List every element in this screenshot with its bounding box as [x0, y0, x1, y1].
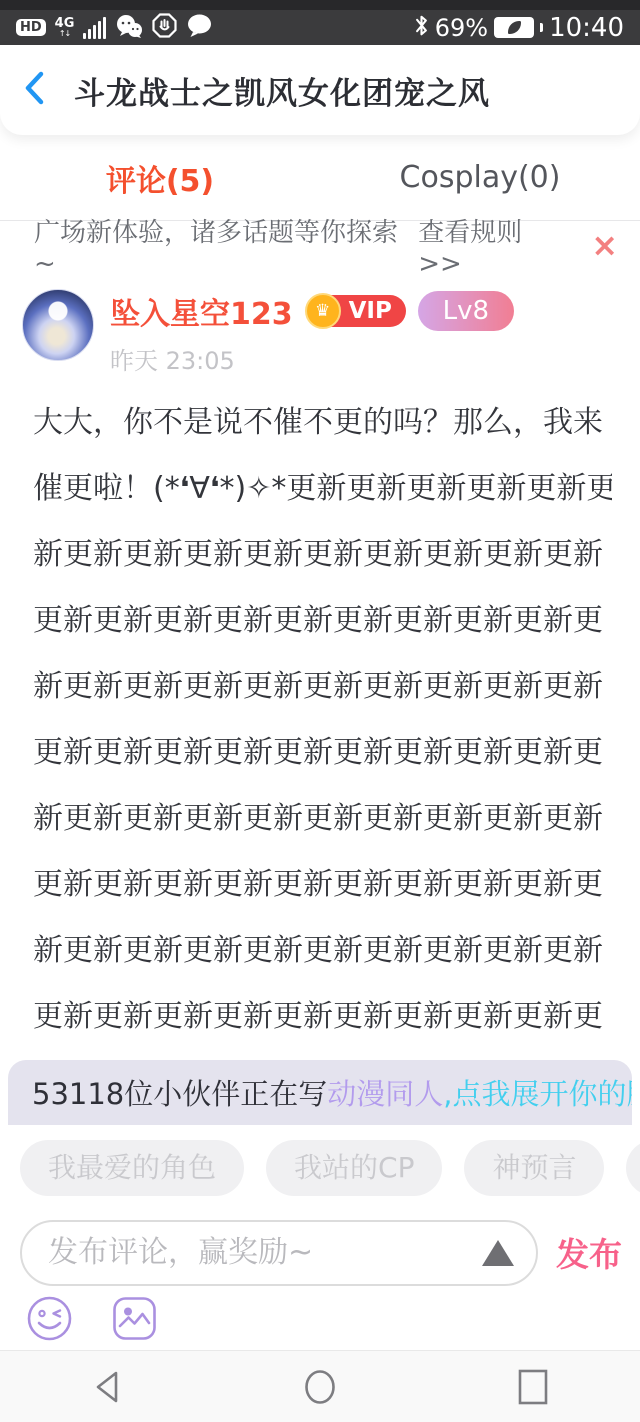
battery-percent: 69%	[435, 14, 488, 42]
vip-badge: ♛ VIP	[305, 293, 406, 329]
comment-line: 新更新更新更新更新更新更新更新更新更新	[33, 654, 612, 720]
writers-promo-banner[interactable]: 53118位小伙伴正在写动漫同人,点我展开你的脑洞	[8, 1060, 632, 1125]
android-nav-bar	[0, 1350, 640, 1422]
comment-header: 坠入星空123 ♛ VIP Lv8 昨天 23:05	[0, 269, 640, 374]
status-bar: HD 4G ↑↓	[0, 0, 640, 45]
network-arrows-icon: ↑↓	[59, 30, 70, 38]
message-bubble-icon	[186, 13, 213, 42]
topic-chip-headcanon[interactable]: 脑补	[626, 1140, 640, 1196]
username[interactable]: 坠入星空123	[110, 289, 293, 333]
page-title: 斗龙战士之凯风女化团宠之风	[74, 68, 490, 113]
comment-timestamp: 昨天 23:05	[110, 341, 514, 376]
comment-line: 新更新更新更新更新更新更新更新更新更新	[33, 522, 612, 588]
collapse-triangle-icon[interactable]	[482, 1240, 514, 1266]
comment-composer: 发布	[0, 1210, 640, 1295]
nav-back-button[interactable]	[0, 1369, 213, 1405]
topic-chip-favorite-character[interactable]: 我最爱的角色	[20, 1140, 244, 1196]
header: 斗龙战士之凯风女化团宠之风	[0, 45, 640, 135]
network-type-icon: 4G ↑↓	[55, 17, 75, 38]
comment-input[interactable]	[48, 1235, 482, 1270]
comment-line: 大大，你不是说不催不更的吗？那么，我来	[33, 390, 612, 456]
back-button[interactable]	[22, 70, 46, 110]
hd-icon: HD	[16, 19, 46, 36]
comment-line: 更新更新更新更新更新更新更新更新更新更	[33, 588, 612, 654]
close-icon[interactable]: ×	[591, 229, 618, 261]
clock-time: 10:40	[549, 13, 624, 43]
topic-chip-prophecy[interactable]: 神预言	[464, 1140, 604, 1196]
image-upload-icon[interactable]	[111, 1295, 158, 1346]
tab-cosplay[interactable]: Cosplay(0)	[320, 160, 640, 195]
wechat-icon	[115, 14, 143, 42]
topic-chip-row: 我最爱的角色 我站的CP 神预言 脑补	[0, 1125, 640, 1210]
comment-line: 更新更新更新更新更新更新更新更新更新更	[33, 984, 612, 1050]
battery-cap-icon	[540, 23, 543, 32]
bluetooth-icon	[414, 14, 429, 41]
topic-chip-my-cp[interactable]: 我站的CP	[266, 1140, 442, 1196]
nav-recents-button[interactable]	[427, 1368, 640, 1406]
crown-icon: ♛	[305, 293, 341, 329]
comment-line: 催更啦！(*❛∀❛*)✧*更新更新更新更新更新更	[33, 456, 612, 522]
attachment-row	[0, 1295, 640, 1350]
battery-icon	[494, 17, 534, 38]
comment-line: 新更新更新更新更新更新更新更新更新更新	[33, 918, 612, 984]
comment-line: 更新更新更新更新更新更新更新更新更新更	[33, 720, 612, 786]
promo-cta-link[interactable]: ,点我展开你的脑洞	[443, 1072, 632, 1113]
comment-body: 大大，你不是说不催不更的吗？那么，我来 催更啦！(*❛∀❛*)✧*更新更新更新更…	[0, 374, 640, 1060]
emoji-icon[interactable]	[26, 1295, 73, 1346]
comment-input-pill[interactable]	[20, 1220, 538, 1286]
level-badge: Lv8	[418, 291, 514, 331]
notice-banner: 广场新体验，诸多话题等你探索~ 查看规则>> ×	[0, 221, 640, 269]
comment-line: 更新更新更新更新更新更新更新更新更新更	[33, 852, 612, 918]
avatar[interactable]	[22, 289, 94, 361]
promo-topic-link[interactable]: 动漫同人	[327, 1072, 443, 1113]
touch-disabled-icon	[152, 13, 177, 42]
promo-count-text: 53118位小伙伴正在写	[32, 1072, 327, 1113]
tab-bar: 评论(5) Cosplay(0)	[0, 135, 640, 221]
nav-home-button[interactable]	[213, 1367, 426, 1407]
comment-line: 新更新更新更新更新更新更新更新更新更新	[33, 786, 612, 852]
signal-strength-icon	[83, 17, 106, 39]
tab-comments[interactable]: 评论(5)	[0, 156, 320, 200]
app-screen: HD 4G ↑↓	[0, 0, 640, 1422]
publish-button[interactable]: 发布	[556, 1229, 622, 1276]
